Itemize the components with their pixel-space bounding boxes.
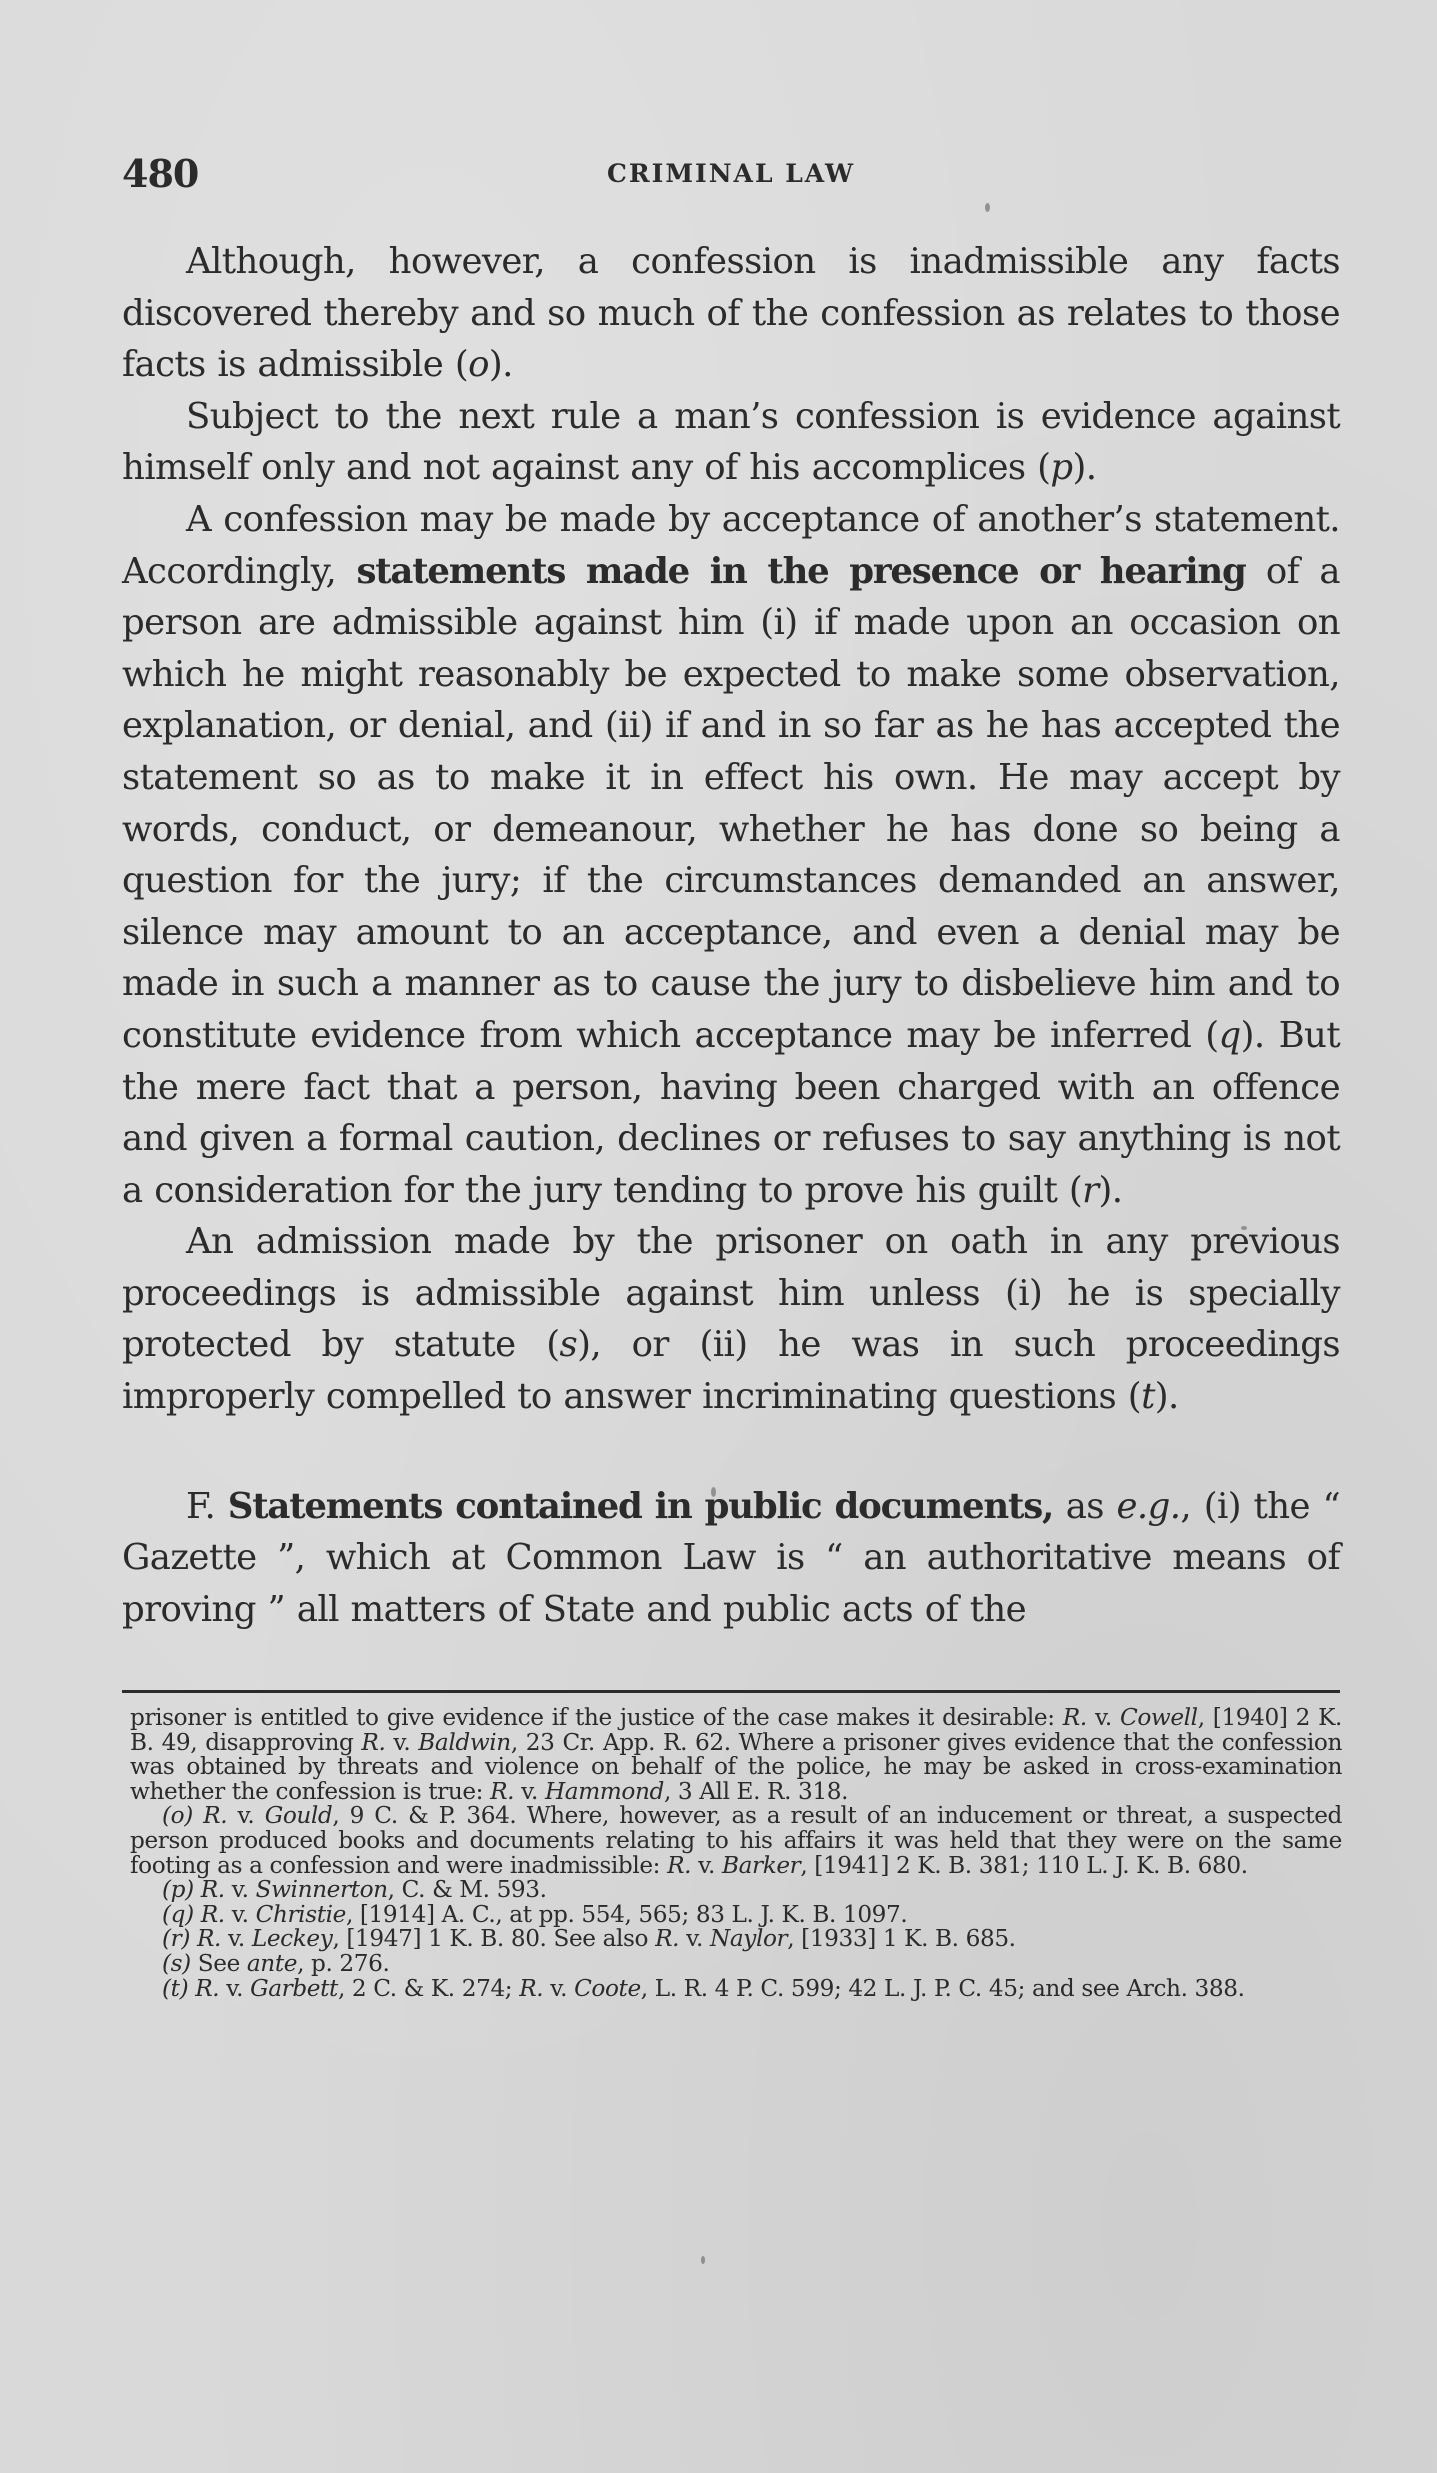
paragraph-facts-discovered: Although, however, a confession is inadm…	[122, 236, 1340, 391]
footnote-ref-t: t	[1141, 1376, 1155, 1417]
footnote-mark-o: (o)	[162, 1802, 193, 1829]
paragraph-accomplices: Subject to the next rule a man’s confess…	[122, 391, 1340, 494]
footnote-ref-o: o	[468, 344, 489, 385]
footnote-mark-q: (q)	[162, 1901, 194, 1928]
footnote-t: (t) R. v. Garbett, 2 C. & K. 274; R. v. …	[130, 1977, 1342, 2002]
footnote-o: (o) R. v. Gould, 9 C. & P. 364. Where, h…	[130, 1804, 1342, 1878]
footnote-ref-r: r	[1082, 1170, 1098, 1211]
footnote-q: (q) R. v. Christie, [1914] A. C., at pp.…	[130, 1903, 1342, 1928]
footnote-mark-t: (t)	[162, 1975, 188, 2002]
footnote-ref-p: p	[1050, 447, 1072, 488]
footnote-p: (p) R. v. Swinnerton, C. & M. 593.	[130, 1878, 1342, 1903]
footnote-ref-q: q	[1219, 1015, 1241, 1056]
paragraph-admission-on-oath: An admission made by the prisoner on oat…	[122, 1216, 1340, 1422]
running-head: 480 CRIMINAL LAW	[122, 152, 1340, 196]
footnote-mark-r: (r)	[162, 1925, 190, 1952]
paragraph-acceptance: A confession may be made by acceptance o…	[122, 494, 1340, 1216]
body-text: Although, however, a confession is inadm…	[122, 236, 1340, 1635]
paper-speck	[711, 1487, 716, 1497]
footnote-mark-s: (s)	[162, 1950, 191, 1977]
footnote-s: (s) See ante, p. 276.	[130, 1952, 1342, 1977]
bold-heading-statements-presence: statements made in the presence or heari…	[356, 551, 1245, 592]
paper-speck	[985, 203, 990, 212]
footnote-continued: prisoner is entitled to give evidence if…	[130, 1706, 1342, 1804]
paper-speck	[701, 2256, 705, 2264]
footnote-r: (r) R. v. Leckey, [1947] 1 K. B. 80. See…	[130, 1927, 1342, 1952]
bold-heading-public-documents: Statements contained in public documents…	[228, 1486, 1053, 1527]
running-title: CRIMINAL LAW	[122, 158, 1340, 190]
footnote-mark-p: (p)	[162, 1876, 194, 1903]
footnote-ref-s: s	[559, 1324, 577, 1365]
footnotes: prisoner is entitled to give evidence if…	[130, 1706, 1342, 2001]
paper-speck	[1241, 1226, 1247, 1230]
paragraph-public-documents: F. Statements contained in public docume…	[122, 1481, 1340, 1636]
section-label-f: F.	[186, 1486, 228, 1527]
footnote-rule	[122, 1690, 1340, 1693]
